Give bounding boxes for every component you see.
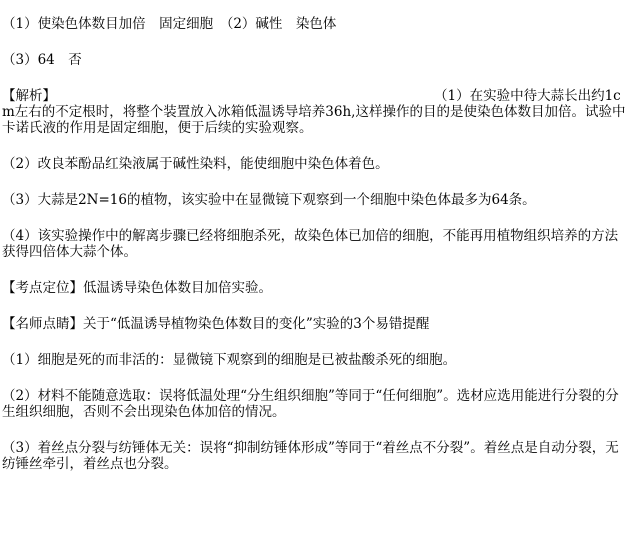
tip-1-text: （1）细胞是死的而非活的：显微镜下观察到的细胞是已被盐酸杀死的细胞。: [2, 352, 456, 368]
exam-point-text: 低温诱导染色体数目加倍实验。: [83, 280, 272, 296]
exam-point-paragraph: 【考点定位】低温诱导染色体数目加倍实验。: [2, 280, 628, 296]
teacher-tips-paragraph: 【名师点睛】关于“低温诱导植物染色体数目的变化”实验的3个易错提醒: [2, 316, 628, 332]
analysis-point-3-text: （3）大蒜是2N=16的植物，该实验中在显微镜下观察到一个细胞中染色体最多为64…: [2, 192, 536, 208]
analysis-paragraph: 【解析】（1）在实验中待大蒜长出约1cm左右的不定根时，将整个装置放入冰箱低温诱…: [2, 88, 628, 136]
teacher-tips-heading: 【名师点睛】: [2, 316, 83, 332]
answer-line-2: （3）64 否: [2, 52, 628, 68]
analysis-point-4: （4）该实验操作中的解离步骤已经将细胞杀死，故染色体已加倍的细胞，不能再用植物组…: [2, 228, 628, 260]
document-page: （1）使染色体数目加倍 固定细胞 （2）碱性 染色体 （3）64 否 【解析】（…: [0, 0, 630, 534]
tip-3-text: （3）着丝点分裂与纺锤体无关：误将“抑制纺锤体形成”等同于“着丝点不分裂”。着丝…: [2, 440, 619, 472]
teacher-tips-text: 关于“低温诱导植物染色体数目的变化”实验的3个易错提醒: [83, 316, 429, 332]
analysis-point-2: （2）改良苯酚品红染液属于碱性染料，能使细胞中染色体着色。: [2, 156, 628, 172]
analysis-heading-spacer: [56, 99, 434, 100]
tip-1: （1）细胞是死的而非活的：显微镜下观察到的细胞是已被盐酸杀死的细胞。: [2, 352, 628, 368]
tip-2: （2）材料不能随意选取：误将低温处理“分生组织细胞”等同于“任何细胞”。选材应选…: [2, 388, 628, 420]
tip-3: （3）着丝点分裂与纺锤体无关：误将“抑制纺锤体形成”等同于“着丝点不分裂”。着丝…: [2, 440, 628, 472]
tip-2-text: （2）材料不能随意选取：误将低温处理“分生组织细胞”等同于“任何细胞”。选材应选…: [2, 388, 619, 420]
analysis-text: （1）在实验中待大蒜长出约1cm左右的不定根时，将整个装置放入冰箱低温诱导培养3…: [2, 88, 625, 136]
answer-line-1-text: （1）使染色体数目加倍 固定细胞 （2）碱性 染色体: [2, 16, 336, 32]
answer-line-2-text: （3）64 否: [2, 52, 82, 68]
analysis-point-2-text: （2）改良苯酚品红染液属于碱性染料，能使细胞中染色体着色。: [2, 156, 389, 172]
analysis-heading: 【解析】: [2, 88, 56, 104]
analysis-point-4-text: （4）该实验操作中的解离步骤已经将细胞杀死，故染色体已加倍的细胞，不能再用植物组…: [2, 228, 618, 260]
answer-line-1: （1）使染色体数目加倍 固定细胞 （2）碱性 染色体: [2, 16, 628, 32]
exam-point-heading: 【考点定位】: [2, 280, 83, 296]
analysis-point-3: （3）大蒜是2N=16的植物，该实验中在显微镜下观察到一个细胞中染色体最多为64…: [2, 192, 628, 208]
